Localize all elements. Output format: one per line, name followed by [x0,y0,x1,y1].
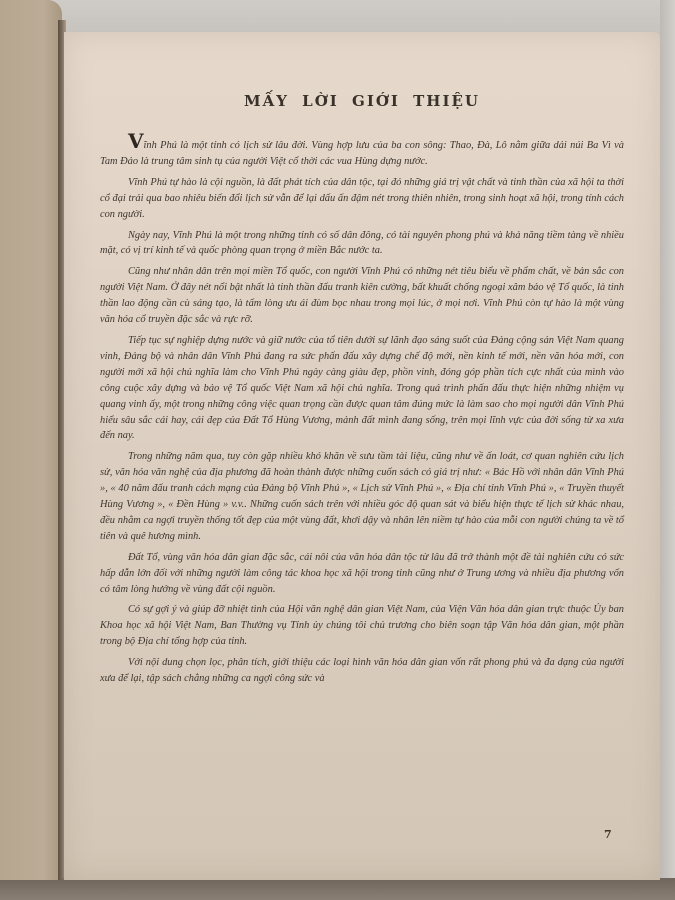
background-surface-right [660,0,675,900]
paragraph-1: Vĩnh Phú là một tỉnh có lịch sử lâu đời.… [100,136,624,170]
paragraph-4: Cũng như nhân dân trên mọi miền Tổ quốc,… [100,264,624,328]
page-number: 7 [604,828,612,841]
page-body: Vĩnh Phú là một tỉnh có lịch sử lâu đời.… [100,136,624,692]
paragraph-9: Với nội dung chọn lọc, phân tích, giới t… [100,655,624,687]
drop-cap: V [128,129,144,153]
book-page: MẤY LỜI GIỚI THIỆU Vĩnh Phú là một tỉnh … [64,32,660,880]
paragraph-6: Trong những năm qua, tuy còn gặp nhiều k… [100,449,624,544]
facing-page-edge [0,0,62,880]
paragraph-3: Ngày nay, Vĩnh Phú là một trong những tỉ… [100,228,624,260]
paragraph-5: Tiếp tục sự nghiệp dựng nước và giữ nước… [100,333,624,444]
background-surface-bottom [0,878,675,900]
page-title: MẤY LỜI GIỚI THIỆU [64,92,660,110]
paragraph-7: Đất Tổ, vùng văn hóa dân gian đặc sắc, c… [100,550,624,598]
paragraph-1-text: ĩnh Phú là một tỉnh có lịch sử lâu đời. … [100,140,624,167]
paragraph-2: Vĩnh Phú tự hào là cội nguồn, là đất phá… [100,175,624,223]
paragraph-8: Có sự gợi ý và giúp đỡ nhiệt tình của Hộ… [100,602,624,650]
